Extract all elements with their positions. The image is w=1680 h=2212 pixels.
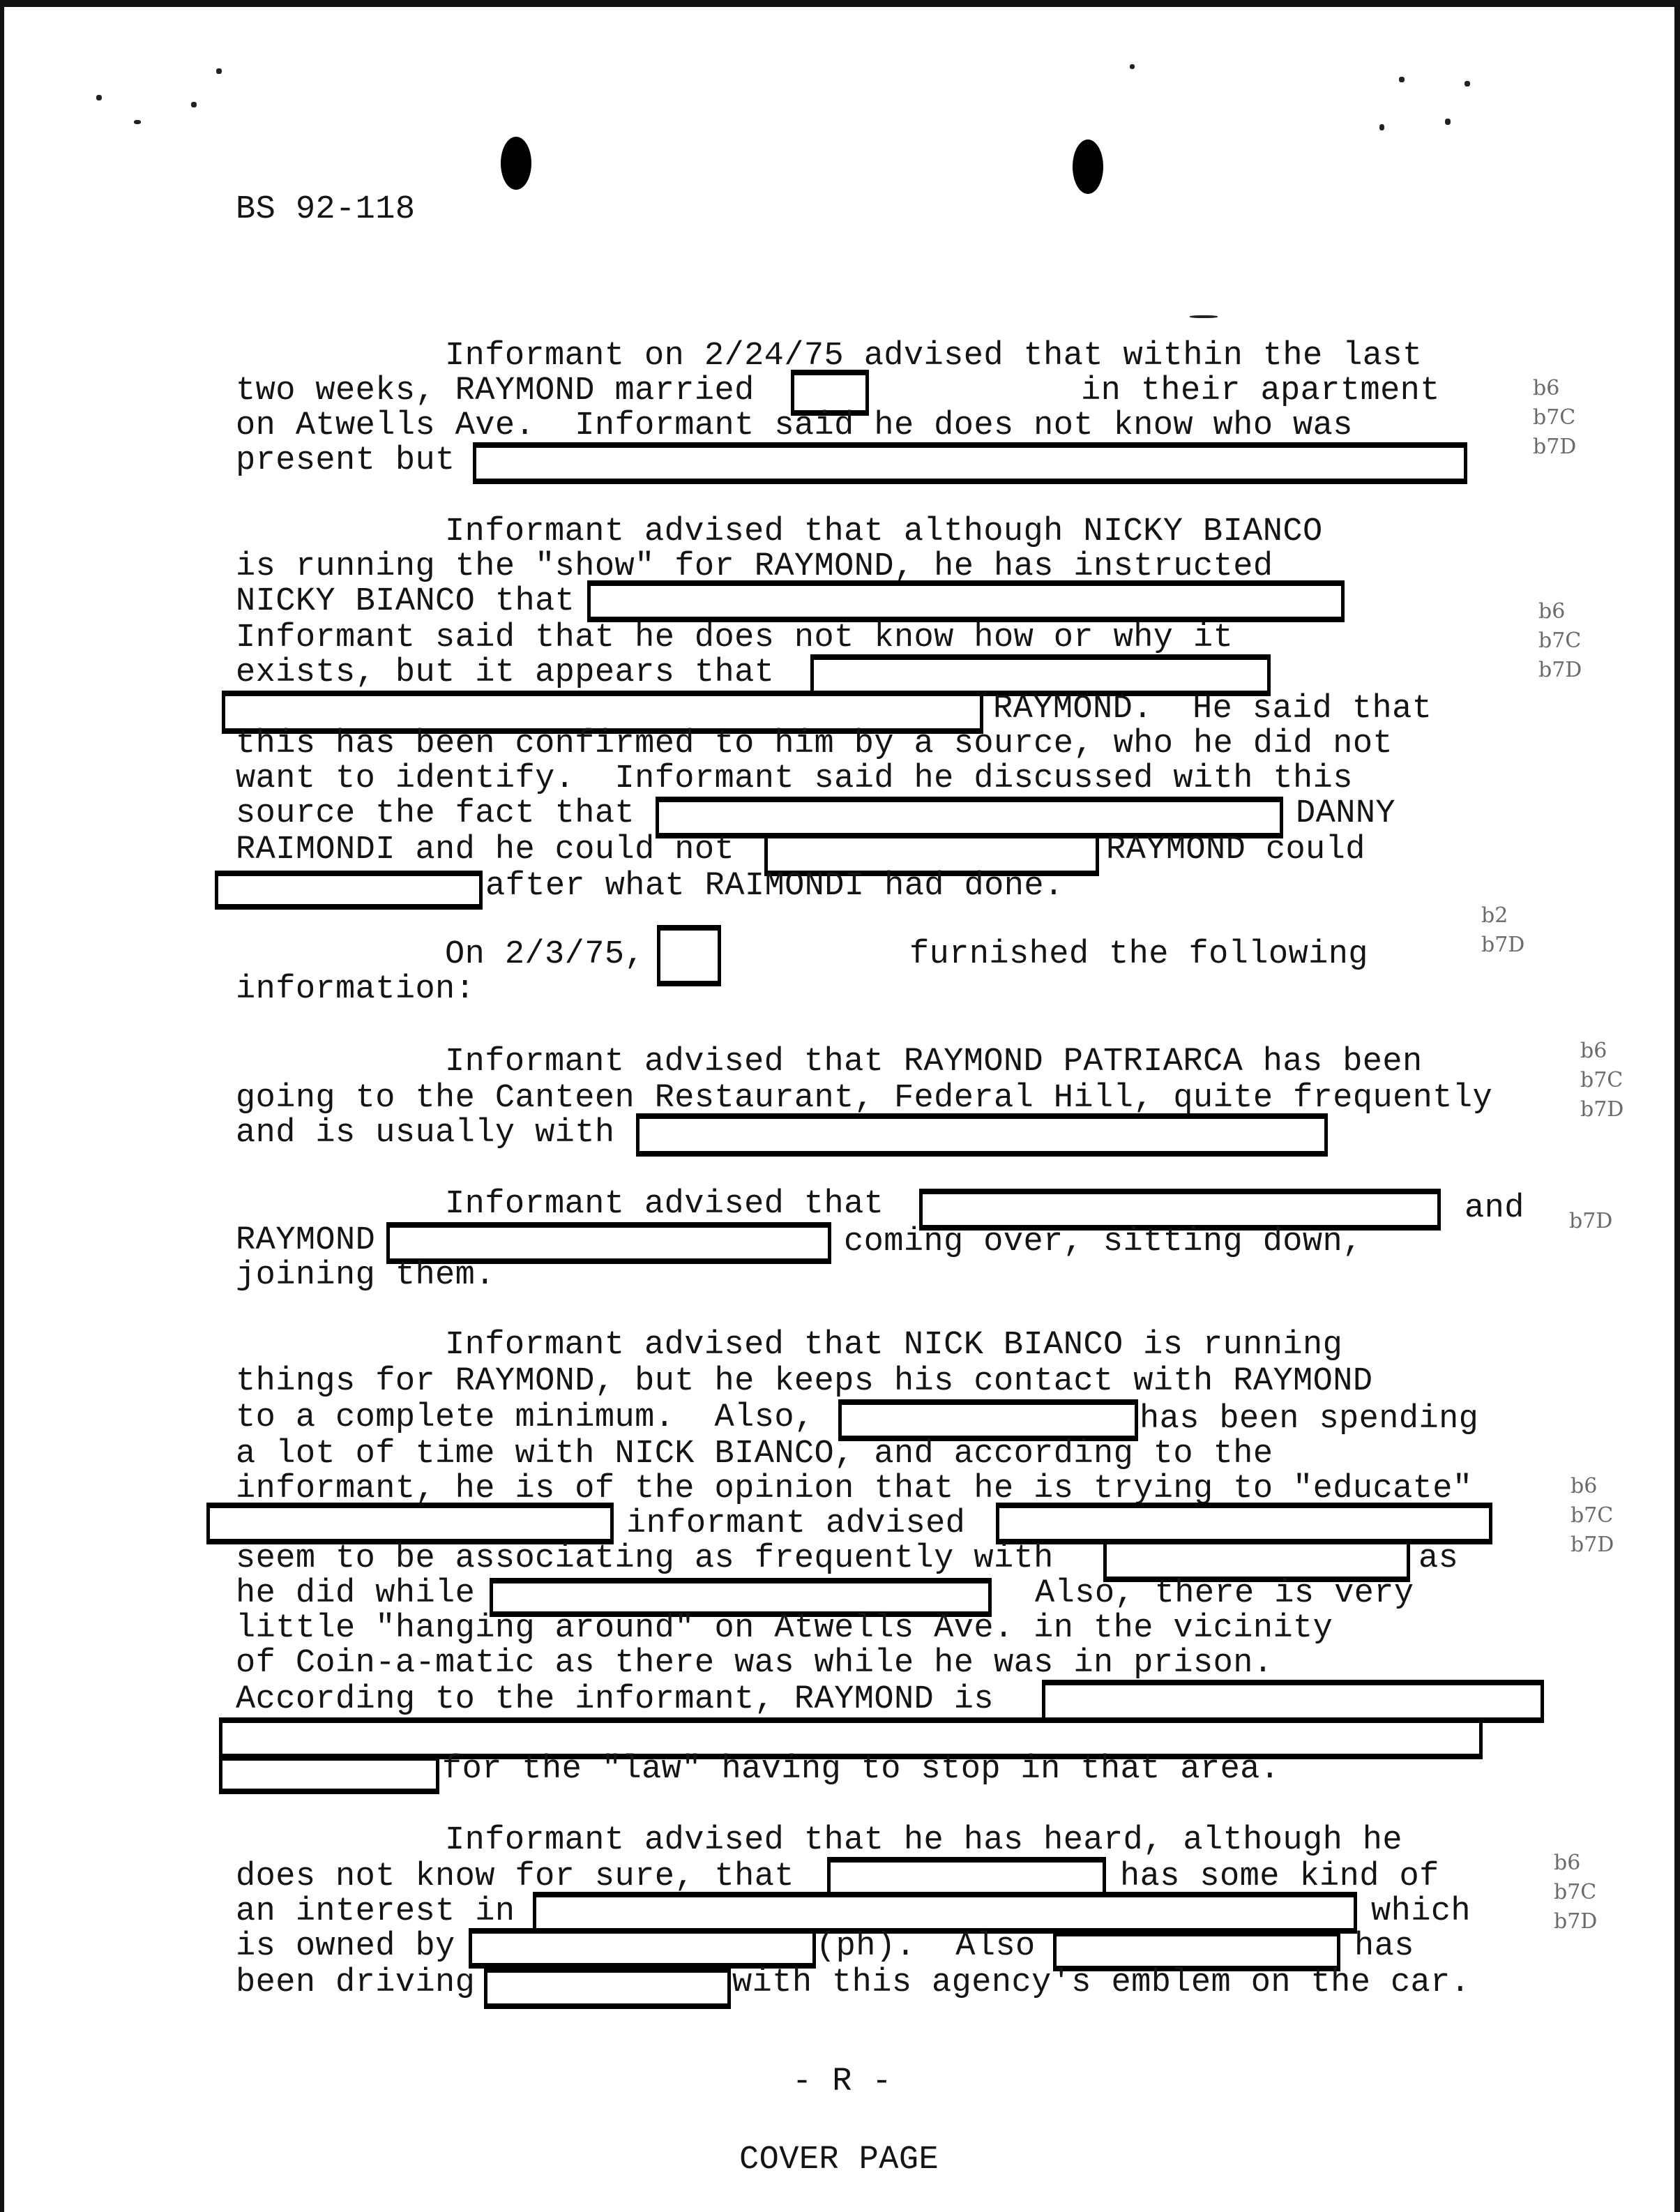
p5-line2a: RAYMOND — [236, 1224, 375, 1258]
scan-speck — [96, 95, 102, 100]
p2-line1: Informant advised that although NICKY BI… — [445, 515, 1323, 550]
redaction-box — [657, 925, 721, 986]
p4-line2: going to the Canteen Restaurant, Federal… — [236, 1081, 1492, 1116]
redaction-box — [206, 1503, 614, 1544]
p7-line3b: which — [1371, 1895, 1471, 1929]
exemption-codes: b7D — [1569, 1207, 1612, 1236]
redaction-box — [587, 580, 1345, 622]
p2-line3: NICKY BIANCO that — [236, 585, 575, 619]
p2-line6: RAYMOND. He said that — [993, 692, 1432, 727]
p6-line3a: to a complete minimum. Also, — [236, 1401, 815, 1436]
scan-speck — [1465, 81, 1470, 86]
p6-line5: informant, he is of the opinion that he … — [236, 1472, 1472, 1507]
p3-line1a: On 2/3/75, — [445, 938, 644, 972]
scan-speck — [1190, 315, 1218, 318]
p6-line10: of Coin-a-matic as there was while he wa… — [236, 1646, 1273, 1681]
p2-line10b: RAYMOND could — [1106, 833, 1365, 868]
p6-line11a: According to the informant, RAYMOND is — [236, 1683, 994, 1717]
p2-line7: this has been confirmed to him by a sour… — [236, 727, 1393, 762]
exemption-codes: b6 b7C b7D — [1554, 1849, 1597, 1936]
p6-line8b: Also, there is very — [1035, 1577, 1414, 1611]
p2-line2: is running the "show" for RAYMOND, he ha… — [236, 550, 1273, 585]
scan-speck — [1445, 119, 1451, 125]
punch-hole-left-icon — [501, 137, 531, 190]
p6-line7a: seem to be associating as frequently wit… — [236, 1542, 1054, 1577]
scan-speck — [1379, 124, 1384, 130]
punch-hole-right-icon — [1073, 140, 1103, 194]
p1-line3: on Atwells Ave. Informant said he does n… — [236, 409, 1353, 444]
redaction-box — [1042, 1680, 1544, 1723]
redaction-box — [219, 1755, 439, 1794]
scan-speck — [216, 68, 222, 74]
page-marker: - R - — [792, 2065, 892, 2100]
exemption-codes: b2 b7D — [1481, 901, 1524, 960]
p6-line2: things for RAYMOND, but he keeps his con… — [236, 1364, 1372, 1399]
exemption-codes: b6 b7C b7D — [1533, 374, 1576, 462]
p2-line4: Informant said that he does not know how… — [236, 621, 1233, 656]
p6-line1: Informant advised that NICK BIANCO is ru… — [445, 1328, 1342, 1363]
p2-line10a: RAIMONDI and he could not — [236, 833, 734, 868]
p5-line1b: and — [1465, 1191, 1524, 1226]
p1-line2b: in their apartment — [1081, 374, 1440, 409]
p6-line9: little "hanging around" on Atwells Ave. … — [236, 1611, 1333, 1646]
redaction-box — [636, 1113, 1328, 1157]
exemption-codes: b6 b7C b7D — [1538, 597, 1582, 685]
p7-line5a: been driving — [236, 1966, 475, 2001]
p3-line2: information: — [236, 972, 475, 1007]
p2-line8: want to identify. Informant said he disc… — [236, 762, 1353, 797]
p7-line2a: does not know for sure, that — [236, 1860, 794, 1895]
scan-speck — [1130, 64, 1135, 69]
p2-line9a: source the fact that — [236, 797, 635, 832]
p2-line9b: DANNY — [1296, 797, 1395, 832]
exemption-codes: b6 b7C b7D — [1580, 1037, 1624, 1124]
p7-line4c: has — [1354, 1929, 1414, 1964]
p2-line5: exists, but it appears that — [236, 656, 774, 691]
redaction-box — [469, 1928, 816, 1969]
footer-label: COVER PAGE — [739, 2143, 939, 2178]
p1-line2a: two weeks, RAYMOND married — [236, 374, 755, 409]
p7-line4a: is owned by — [236, 1929, 455, 1964]
redaction-box — [215, 871, 483, 910]
p6-line8a: he did while — [236, 1577, 475, 1611]
p7-line5b: with this agency's emblem on the car. — [732, 1966, 1470, 2001]
p7-line2b: has some kind of — [1120, 1860, 1439, 1895]
p7-line3a: an interest in — [236, 1895, 515, 1929]
scan-speck — [191, 102, 197, 107]
p6-line3b: has been spending — [1140, 1402, 1478, 1437]
p1-line1: Informant on 2/24/75 advised that within… — [445, 339, 1423, 374]
p5-line1a: Informant advised that — [445, 1187, 884, 1222]
document-page: BS 92-118 Informant on 2/24/75 advised t… — [0, 0, 1680, 2212]
file-number: BS 92-118 — [236, 193, 415, 227]
p3-line1b: furnished the following — [909, 938, 1368, 972]
p7-line4b: (ph). Also — [816, 1929, 1036, 1964]
redaction-box — [473, 442, 1467, 484]
p1-line4: present but — [236, 444, 455, 479]
scan-speck — [134, 120, 141, 124]
p7-line1: Informant advised that he has heard, alt… — [445, 1823, 1402, 1858]
redaction-box — [996, 1503, 1492, 1544]
p1-line1-text: Informant on 2/24/75 advised that within… — [445, 338, 1423, 375]
p2-line11: after what RAIMONDI had done. — [485, 869, 1064, 904]
scan-speck — [1399, 77, 1405, 82]
redaction-box — [484, 1967, 731, 2009]
redaction-box — [838, 1399, 1138, 1441]
p4-line1: Informant advised that RAYMOND PATRIARCA… — [445, 1045, 1423, 1080]
p6-line6a: informant advised — [626, 1507, 965, 1542]
p5-line2b: coming over, sitting down, — [844, 1225, 1363, 1260]
redaction-box — [810, 654, 1271, 696]
p5-line3: joining them. — [236, 1258, 495, 1293]
p6-line4: a lot of time with NICK BIANCO, and acco… — [236, 1437, 1273, 1472]
redaction-box — [533, 1892, 1357, 1934]
p6-line12: for the "law" having to stop in that are… — [442, 1752, 1280, 1787]
p4-line3: and is usually with — [236, 1116, 615, 1151]
p6-line7b: as — [1418, 1542, 1458, 1577]
exemption-codes: b6 b7C b7D — [1571, 1472, 1614, 1560]
